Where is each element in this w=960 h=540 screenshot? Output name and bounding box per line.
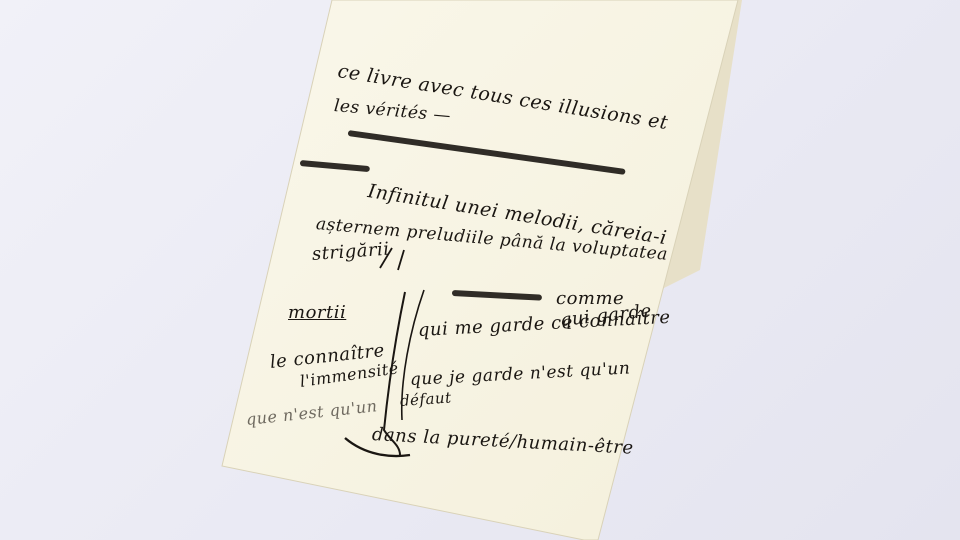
pen-strokes xyxy=(0,0,960,540)
